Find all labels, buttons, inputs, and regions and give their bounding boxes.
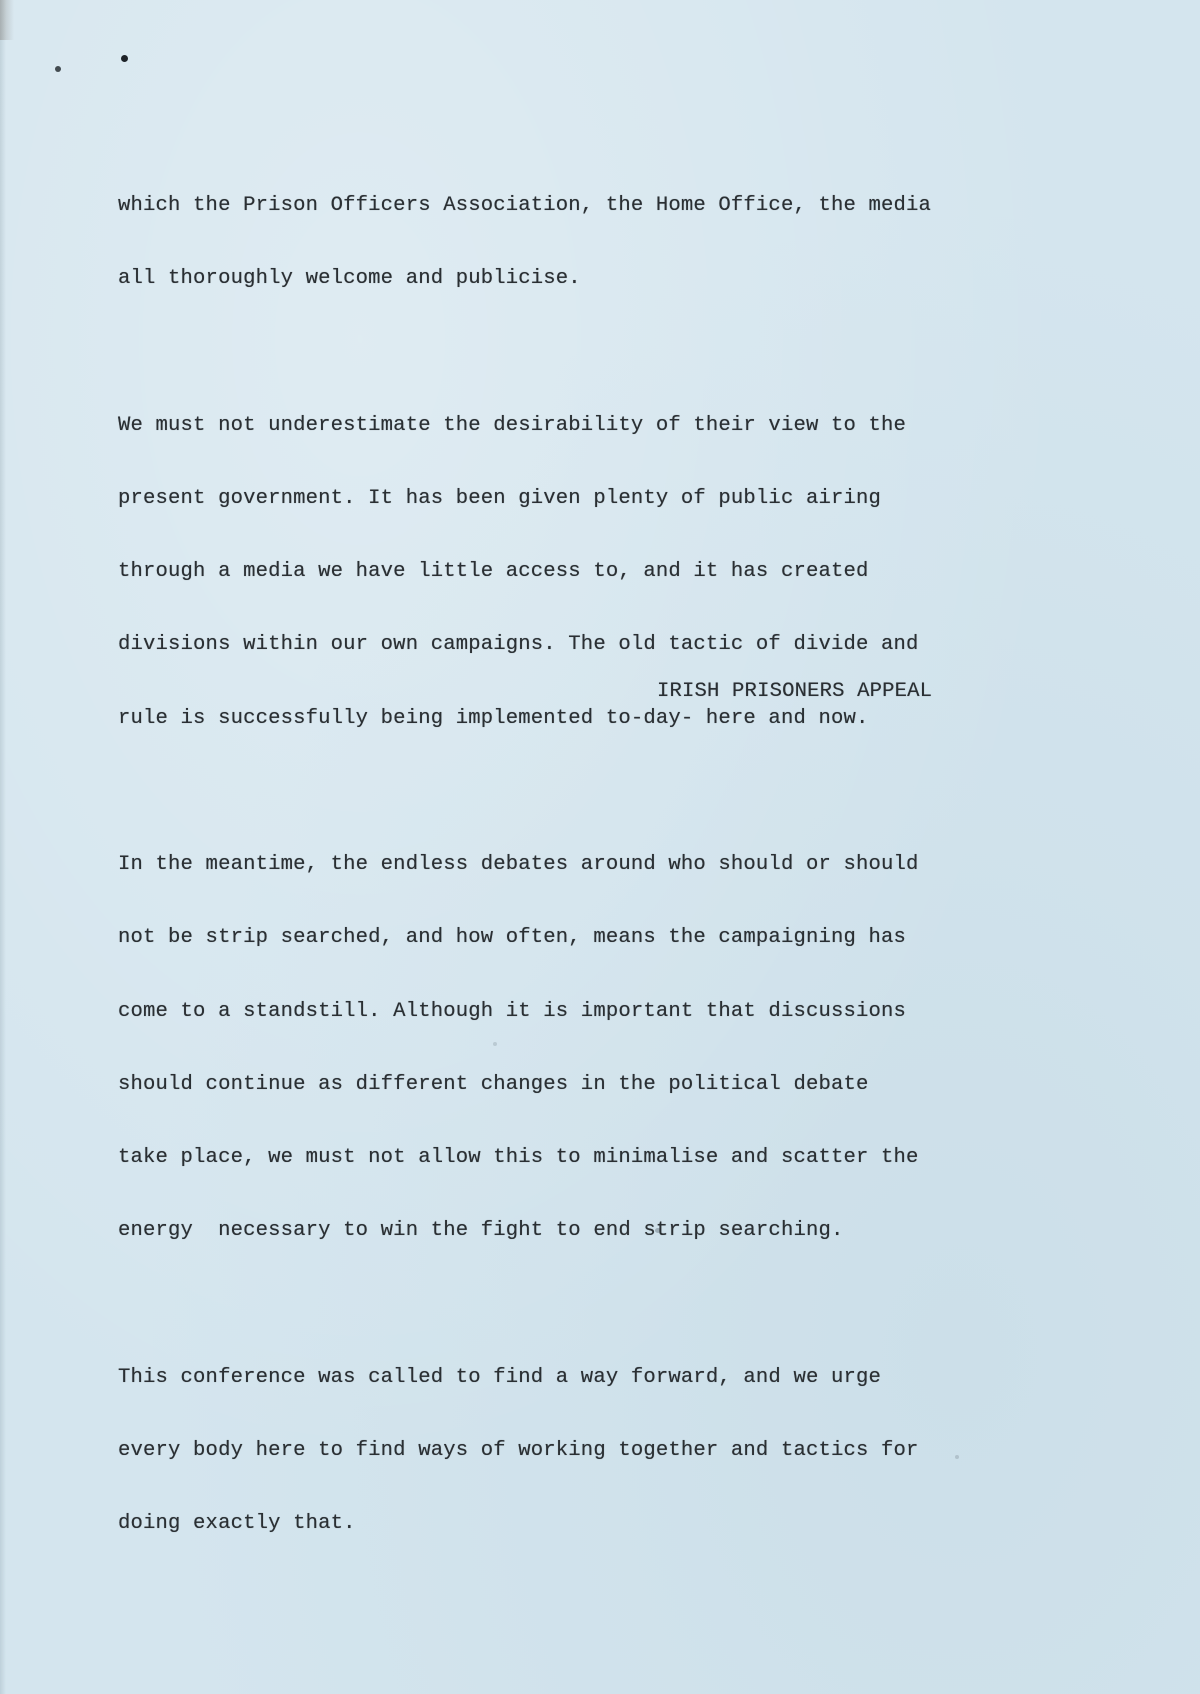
page-corner-shadow [0,0,14,40]
text-line: all thoroughly welcome and publicise. [118,267,1118,291]
text-line: come to a standstill. Although it is imp… [118,1000,1118,1024]
staple-hole-mark [121,55,128,62]
text-line: which the Prison Officers Association, t… [118,194,1118,218]
text-line: divisions within our own campaigns. The … [118,633,1118,657]
text-line: through a media we have little access to… [118,560,1118,584]
paragraph-4: This conference was called to find a way… [118,1317,1118,1585]
text-line: doing exactly that. [118,1512,1118,1536]
text-line: In the meantime, the endless debates aro… [118,853,1118,877]
staple-hole-mark [55,66,61,72]
text-line: rule is successfully being implemented t… [118,707,1118,731]
text-line: We must not underestimate the desirabili… [118,414,1118,438]
text-line: This conference was called to find a way… [118,1366,1118,1390]
paragraph-3: In the meantime, the endless debates aro… [118,804,1118,1292]
paragraph-1: which the Prison Officers Association, t… [118,145,1118,340]
text-line: take place, we must not allow this to mi… [118,1146,1118,1170]
text-line: energy necessary to win the fight to end… [118,1219,1118,1243]
text-line: not be strip searched, and how often, me… [118,926,1118,950]
document-body: which the Prison Officers Association, t… [118,145,1118,1610]
text-line: every body here to find ways of working … [118,1439,1118,1463]
text-line: should continue as different changes in … [118,1073,1118,1097]
paragraph-2: We must not underestimate the desirabili… [118,365,1118,780]
page-edge-shadow [0,0,6,1694]
signature: IRISH PRISONERS APPEAL [657,680,932,703]
text-line: present government. It has been given pl… [118,487,1118,511]
typed-document-page: which the Prison Officers Association, t… [0,0,1200,1694]
